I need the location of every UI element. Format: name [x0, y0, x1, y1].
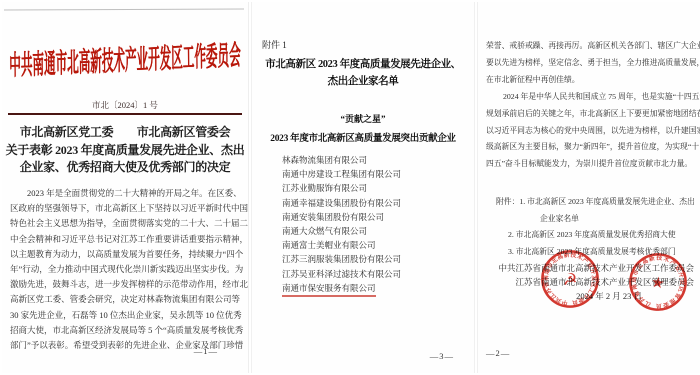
body-line: 高新区党工委、管委会研究，决定对林森物流集团有限公司等	[10, 292, 240, 307]
list-item: 江苏业勤服饰有限公司	[282, 181, 468, 195]
document-title-line: 企业家、优秀招商大使及优秀部门的决定	[2, 159, 248, 177]
body-line: 2024 年是中华人民共和国成立 75 周年，也是实施“十四五”	[486, 89, 692, 106]
page-number-3: —3—	[430, 351, 454, 361]
letterhead-title: 中共南通市北高新技术产业开发区工作委员会	[5, 34, 246, 84]
document-number: 市北〔2024〕1 号	[2, 99, 248, 111]
attachment-index-line: 2. 市北高新区 2023 年度高质量发展优秀招商大使	[486, 227, 692, 244]
official-seal-management-committee: 江苏省南通市北高新技术产业开发区管理委员会 ★	[623, 247, 693, 317]
award-category-label: “贡献之星”	[252, 112, 474, 125]
body-line: 以习近平同志为核心的党中央周围，以先进为榜样，以升建国家	[486, 123, 692, 140]
body-line: 在市北新征程中再创佳绩。	[486, 72, 692, 89]
hammer-and-sickle-icon: ☭	[563, 270, 578, 289]
scanned-page-2: 荣誉、戒骄戒躁、再接再厉。高新区机关各部门、辖区广大企业 要以先进为榜样，坚定信…	[478, 2, 700, 373]
list-item: 南通富士美帽业有限公司	[282, 238, 468, 252]
attachment-label: 附件 1	[262, 38, 287, 51]
star-icon: ★	[650, 274, 666, 293]
attachment-index-line: 企业家名单	[486, 211, 692, 228]
page1-body-text: 2023 年是全面贯彻党的二十大精神的开局之年。在区委、 区政府的坚强领导下，市…	[10, 186, 240, 353]
award-category-subtitle: 2023 年度市北高新区高质量发展突出贡献企业	[252, 130, 474, 144]
body-line: 四五”奋斗目标赋能发力，为崇川提升首位度贡献市北力量。	[486, 156, 692, 173]
body-line: 以主题教育为动力，以高质量发展为首要任务，持续聚力“四个	[10, 247, 240, 262]
body-line: 荣誉、戒骄戒躁、再接再厉。高新区机关各部门、辖区广大企业	[486, 38, 692, 55]
attachment-title-line: 杰出企业家名单	[252, 73, 474, 90]
document-scan-view: { "colors": { "accent_red": "#b8170a", "…	[0, 0, 700, 375]
attachment-title: 市北高新区 2023 年度高质量发展先进企业、 杰出企业家名单	[252, 56, 474, 90]
body-line: 中全会精神和习近平总书记对江苏工作重要讲话重要指示精神，	[10, 232, 240, 247]
list-item: 南通大众燃气有限公司	[282, 224, 468, 238]
list-item: 江苏三润服装集团股份有限公司	[282, 252, 468, 266]
page-number-2: —2—	[486, 348, 510, 358]
company-list: 林森物流集团有限公司 南通中房建设工程集团有限公司 江苏业勤服饰有限公司 南通幸…	[282, 153, 468, 297]
page-number-1: —1—	[194, 346, 218, 356]
list-item-underlined-red: 南通市保安服务有限公司	[282, 281, 376, 297]
document-title-line: 市北高新区党工委 市北高新区管委会	[2, 124, 248, 142]
list-item: 南通安装集团股份有限公司	[282, 210, 468, 224]
list-item: 南通幸福建设集团股份有限公司	[282, 196, 468, 210]
body-line: 2023 年是全面贯彻党的二十大精神的开局之年。在区委、	[10, 186, 240, 201]
document-title-line: 关于表彰 2023 年度高质量发展先进企业、杰出	[2, 142, 248, 160]
body-line: 规划承前启后的关键之年，市北高新区上下要更加紧密地团结在	[486, 106, 692, 123]
body-line: 要以先进为榜样，坚定信念、勇于担当，全力推进高质量发展，	[486, 55, 692, 72]
attachment-title-line: 市北高新区 2023 年度高质量发展先进企业、	[252, 56, 474, 73]
body-line: 30 家先进企业，石磊等 10 位杰出企业家，吴永凯等 10 位优秀	[10, 308, 240, 323]
official-seal-party-committee: 中共江苏省南通市北高新技术产业开发区工作委员会 ☭	[539, 248, 601, 310]
red-letterhead: 中共南通市北高新技术产业开发区工作委员会	[2, 40, 248, 74]
list-item: 江苏吴亚科泽过滤技术有限公司	[282, 267, 468, 281]
scan-edge-line	[4, 8, 244, 10]
body-line: 年”行动，全力推动中国式现代化崇川新实践迈出坚实步伐。为	[10, 262, 240, 277]
scanned-page-3-attachment: 附件 1 市北高新区 2023 年度高质量发展先进企业、 杰出企业家名单 “贡献…	[252, 2, 474, 373]
page2-body-text: 荣誉、戒骄戒躁、再接再厉。高新区机关各部门、辖区广大企业 要以先进为榜样，坚定信…	[486, 38, 692, 173]
letterhead-divider	[8, 113, 242, 115]
body-line: 招商大使，市北高新区经济发展局等 5 个“高质量发展考核优秀	[10, 323, 240, 338]
body-line: 区政府的坚强领导下，市北高新区上下坚持以习近平新时代中国	[10, 201, 240, 216]
list-item: 南通中房建设工程集团有限公司	[282, 167, 468, 181]
body-line: 激励先进，鼓舞斗志，进一步发挥榜样的示范带动作用，经市北	[10, 277, 240, 292]
document-title: 市北高新区党工委 市北高新区管委会 关于表彰 2023 年度高质量发展先进企业、…	[2, 124, 248, 177]
body-line: 级高新区为主要目标，聚力“新四年”，提升首位度，为实现“十	[486, 139, 692, 156]
list-item: 林森物流集团有限公司	[282, 153, 468, 167]
body-line: 特色社会主义思想为指导，全面贯彻落实党的二十大、二十届二	[10, 216, 240, 231]
attachment-index-line: 附件：1. 市北高新区 2023 年度高质量发展先进企业、杰出	[486, 194, 692, 211]
scanned-page-1: 中共南通市北高新技术产业开发区工作委员会 市北〔2024〕1 号 市北高新区党工…	[2, 2, 248, 373]
